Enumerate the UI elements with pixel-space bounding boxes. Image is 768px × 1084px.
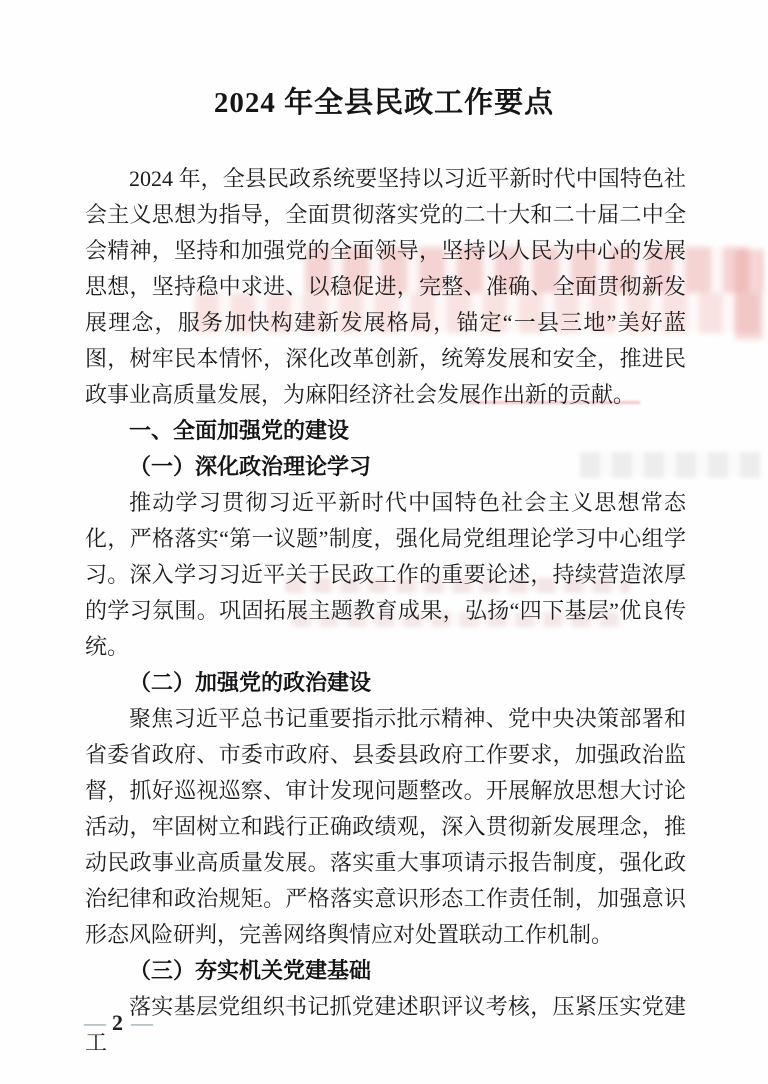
bleedthrough-red-text-edge: [735, 250, 763, 340]
page-number-dash-right: —: [131, 1010, 151, 1035]
section-1-heading: 一、全面加强党的建设: [85, 413, 686, 449]
page-number-dash-left: —: [84, 1010, 104, 1035]
subsection-3-paragraph: 落实基层党组织书记抓党建述职评议考核，压紧压实党建工: [85, 989, 686, 1061]
page-number-value: 2: [104, 1010, 131, 1035]
intro-paragraph: 2024 年，全县民政系统要坚持以习近平新时代中国特色社会主义思想为指导，全面贯…: [85, 161, 686, 413]
document-page: 2024 年全县民政工作要点 2024 年，全县民政系统要坚持以习近平新时代中国…: [0, 0, 768, 1084]
subsection-1-heading: （一）深化政治理论学习: [85, 449, 686, 485]
subsection-2-heading: （二）加强党的政治建设: [85, 665, 686, 701]
subsection-1-paragraph: 推动学习贯彻习近平新时代中国特色社会主义思想常态化，严格落实“第一议题”制度，强…: [85, 485, 686, 665]
subsection-2-paragraph: 聚焦习近平总书记重要指示批示精神、党中央决策部署和省委省政府、市委市政府、县委县…: [85, 701, 686, 953]
subsection-3-heading: （三）夯实机关党建基础: [85, 953, 686, 989]
document-title: 2024 年全县民政工作要点: [0, 80, 768, 121]
page-number: —2—: [84, 1010, 151, 1036]
document-body: 2024 年，全县民政系统要坚持以习近平新时代中国特色社会主义思想为指导，全面贯…: [85, 161, 686, 1061]
